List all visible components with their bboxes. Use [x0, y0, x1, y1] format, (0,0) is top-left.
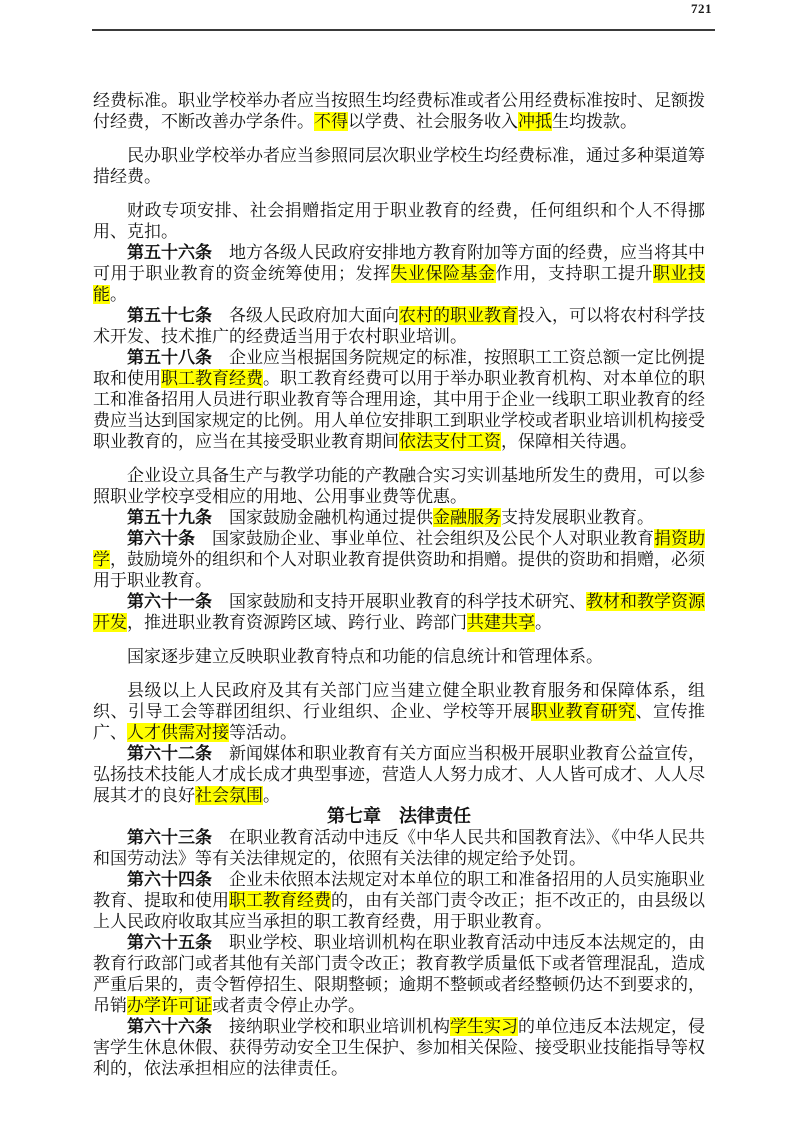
highlighted-text: 职业教育研究: [531, 702, 636, 721]
article-59: 第五十九条 国家鼓励金融机构通过提供金融服务支持发展职业教育。: [93, 507, 705, 528]
article-number: 第六十四条: [127, 870, 212, 889]
text-segment: 生均拨款。: [552, 112, 637, 131]
text-segment: 国家鼓励金融机构通过提供: [212, 508, 433, 527]
highlighted-text: 职工教育经费: [161, 369, 263, 388]
text-segment: 接纳职业学校和职业培训机构: [212, 1017, 450, 1036]
document-body: 经费标准。职业学校举办者应当按照生均经费标准或者公用经费标准按时、足额拨付经费，…: [93, 90, 705, 1079]
highlighted-text: 人才供需对接: [127, 723, 229, 742]
article-56: 第五十六条 地方各级人民政府安排地方教育附加等方面的经费，应当将其中可用于职业教…: [93, 242, 705, 305]
document-page: 721 经费标准。职业学校举办者应当按照生均经费标准或者公用经费标准按时、足额拨…: [0, 0, 793, 1122]
text-segment: ，保障相关待遇。: [501, 432, 637, 451]
text-segment: 民办职业学校举办者应当参照同层次职业学校生均经费标准，通过多种渠道筹措经费。: [93, 146, 705, 186]
para-private-school-funding: 民办职业学校举办者应当参照同层次职业学校生均经费标准，通过多种渠道筹措经费。: [93, 145, 705, 187]
article-number: 第六十二条: [127, 744, 212, 763]
text-segment: 各级人民政府加大面向: [212, 306, 399, 325]
para-training-base-benefits: 企业设立具备生产与教学功能的产教融合实习实训基地所发生的费用，可以参照职业学校享…: [93, 465, 705, 507]
article-61: 第六十一条 国家鼓励和支持开展职业教育的科学技术研究、教材和教学资源开发，推进职…: [93, 591, 705, 633]
text-segment: 等活动。: [229, 723, 297, 742]
chapter-7-heading: 第七章 法律责任: [93, 806, 705, 827]
para-service-guarantee-system: 县级以上人民政府及其有关部门应当建立健全职业教育服务和保障体系，组织、引导工会等…: [93, 680, 705, 743]
text-segment: 支持发展职业教育。: [501, 508, 654, 527]
highlighted-text: 办学许可证: [127, 996, 212, 1015]
article-number: 第五十七条: [127, 306, 212, 325]
para-statistics-system: 国家逐步建立反映职业教育特点和功能的信息统计和管理体系。: [93, 646, 705, 667]
article-63: 第六十三条 在职业教育活动中违反《中华人民共和国教育法》、《中华人民共和国劳动法…: [93, 827, 705, 869]
text-segment: 国家鼓励企业、事业单位、社会组织及公民个人对职业教育: [195, 529, 654, 548]
text-segment: 作用，支持职工提升: [496, 264, 654, 283]
text-segment: 以学费、社会服务收入: [348, 112, 518, 131]
text-segment: 。: [110, 285, 127, 304]
text-segment: 企业设立具备生产与教学功能的产教融合实习实训基地所发生的费用，可以参照职业学校享…: [93, 466, 705, 506]
article-number: 第五十六条: [127, 243, 212, 262]
article-60: 第六十条 国家鼓励企业、事业单位、社会组织及公民个人对职业教育捐资助学，鼓励境外…: [93, 528, 705, 591]
page-number: 721: [691, 1, 712, 17]
text-segment: 国家逐步建立反映职业教育特点和功能的信息统计和管理体系。: [127, 647, 603, 666]
text-segment: 财政专项安排、社会捐赠指定用于职业教育的经费，任何组织和个人不得挪用、克扣。: [93, 201, 705, 241]
text-segment: 。: [263, 786, 280, 805]
article-number: 第七章 法律责任: [327, 806, 471, 826]
highlighted-text: 金融服务: [433, 508, 501, 527]
text-segment: 或者责令停止办学。: [212, 996, 365, 1015]
text-segment: ，推进职业教育资源跨区域、跨行业、跨部门: [127, 613, 467, 632]
text-segment: ，鼓励境外的组织和个人对职业教育提供资助和捐赠。提供的资助和捐赠，必须用于职业教…: [93, 550, 705, 590]
highlighted-text: 不得: [314, 112, 348, 131]
para-earmarked-funds: 财政专项安排、社会捐赠指定用于职业教育的经费，任何组织和个人不得挪用、克扣。: [93, 200, 705, 242]
article-66: 第六十六条 接纳职业学校和职业培训机构学生实习的单位违反本法规定，侵害学生休息休…: [93, 1016, 705, 1079]
para-funding-standard-continuation: 经费标准。职业学校举办者应当按照生均经费标准或者公用经费标准按时、足额拨付经费，…: [93, 90, 705, 132]
highlighted-text: 失业保险基金: [391, 264, 496, 283]
highlighted-text: 学生实习: [450, 1017, 518, 1036]
article-64: 第六十四条 企业未依照本法规定对本单位的职工和准备招用的人员实施职业教育、提取和…: [93, 869, 705, 932]
article-57: 第五十七条 各级人民政府加大面向农村的职业教育投入，可以将农村科学技术开发、技术…: [93, 305, 705, 347]
article-number: 第六十五条: [127, 933, 212, 952]
text-segment: 国家鼓励和支持开展职业教育的科学技术研究、: [212, 592, 586, 611]
highlighted-text: 依法支付工资: [399, 432, 501, 451]
article-number: 第六十六条: [127, 1017, 212, 1036]
highlighted-text: 社会氛围: [195, 786, 263, 805]
text-segment: 。: [535, 613, 552, 632]
highlighted-text: 农村的职业教育: [399, 306, 518, 325]
article-number: 第六十一条: [127, 592, 212, 611]
highlighted-text: 冲抵: [518, 112, 552, 131]
article-62: 第六十二条 新闻媒体和职业教育有关方面应当积极开展职业教育公益宣传，弘扬技术技能…: [93, 743, 705, 806]
header-rule: [92, 29, 715, 31]
article-number: 第六十条: [127, 529, 195, 548]
highlighted-text: 共建共享: [467, 613, 535, 632]
article-58: 第五十八条 企业应当根据国务院规定的标准，按照职工工资总额一定比例提取和使用职工…: [93, 347, 705, 452]
article-number: 第五十九条: [127, 508, 212, 527]
article-number: 第五十八条: [127, 348, 212, 367]
article-number: 第六十三条: [127, 828, 212, 847]
article-65: 第六十五条 职业学校、职业培训机构在职业教育活动中违反本法规定的，由教育行政部门…: [93, 932, 705, 1016]
highlighted-text: 职工教育经费: [229, 891, 331, 910]
